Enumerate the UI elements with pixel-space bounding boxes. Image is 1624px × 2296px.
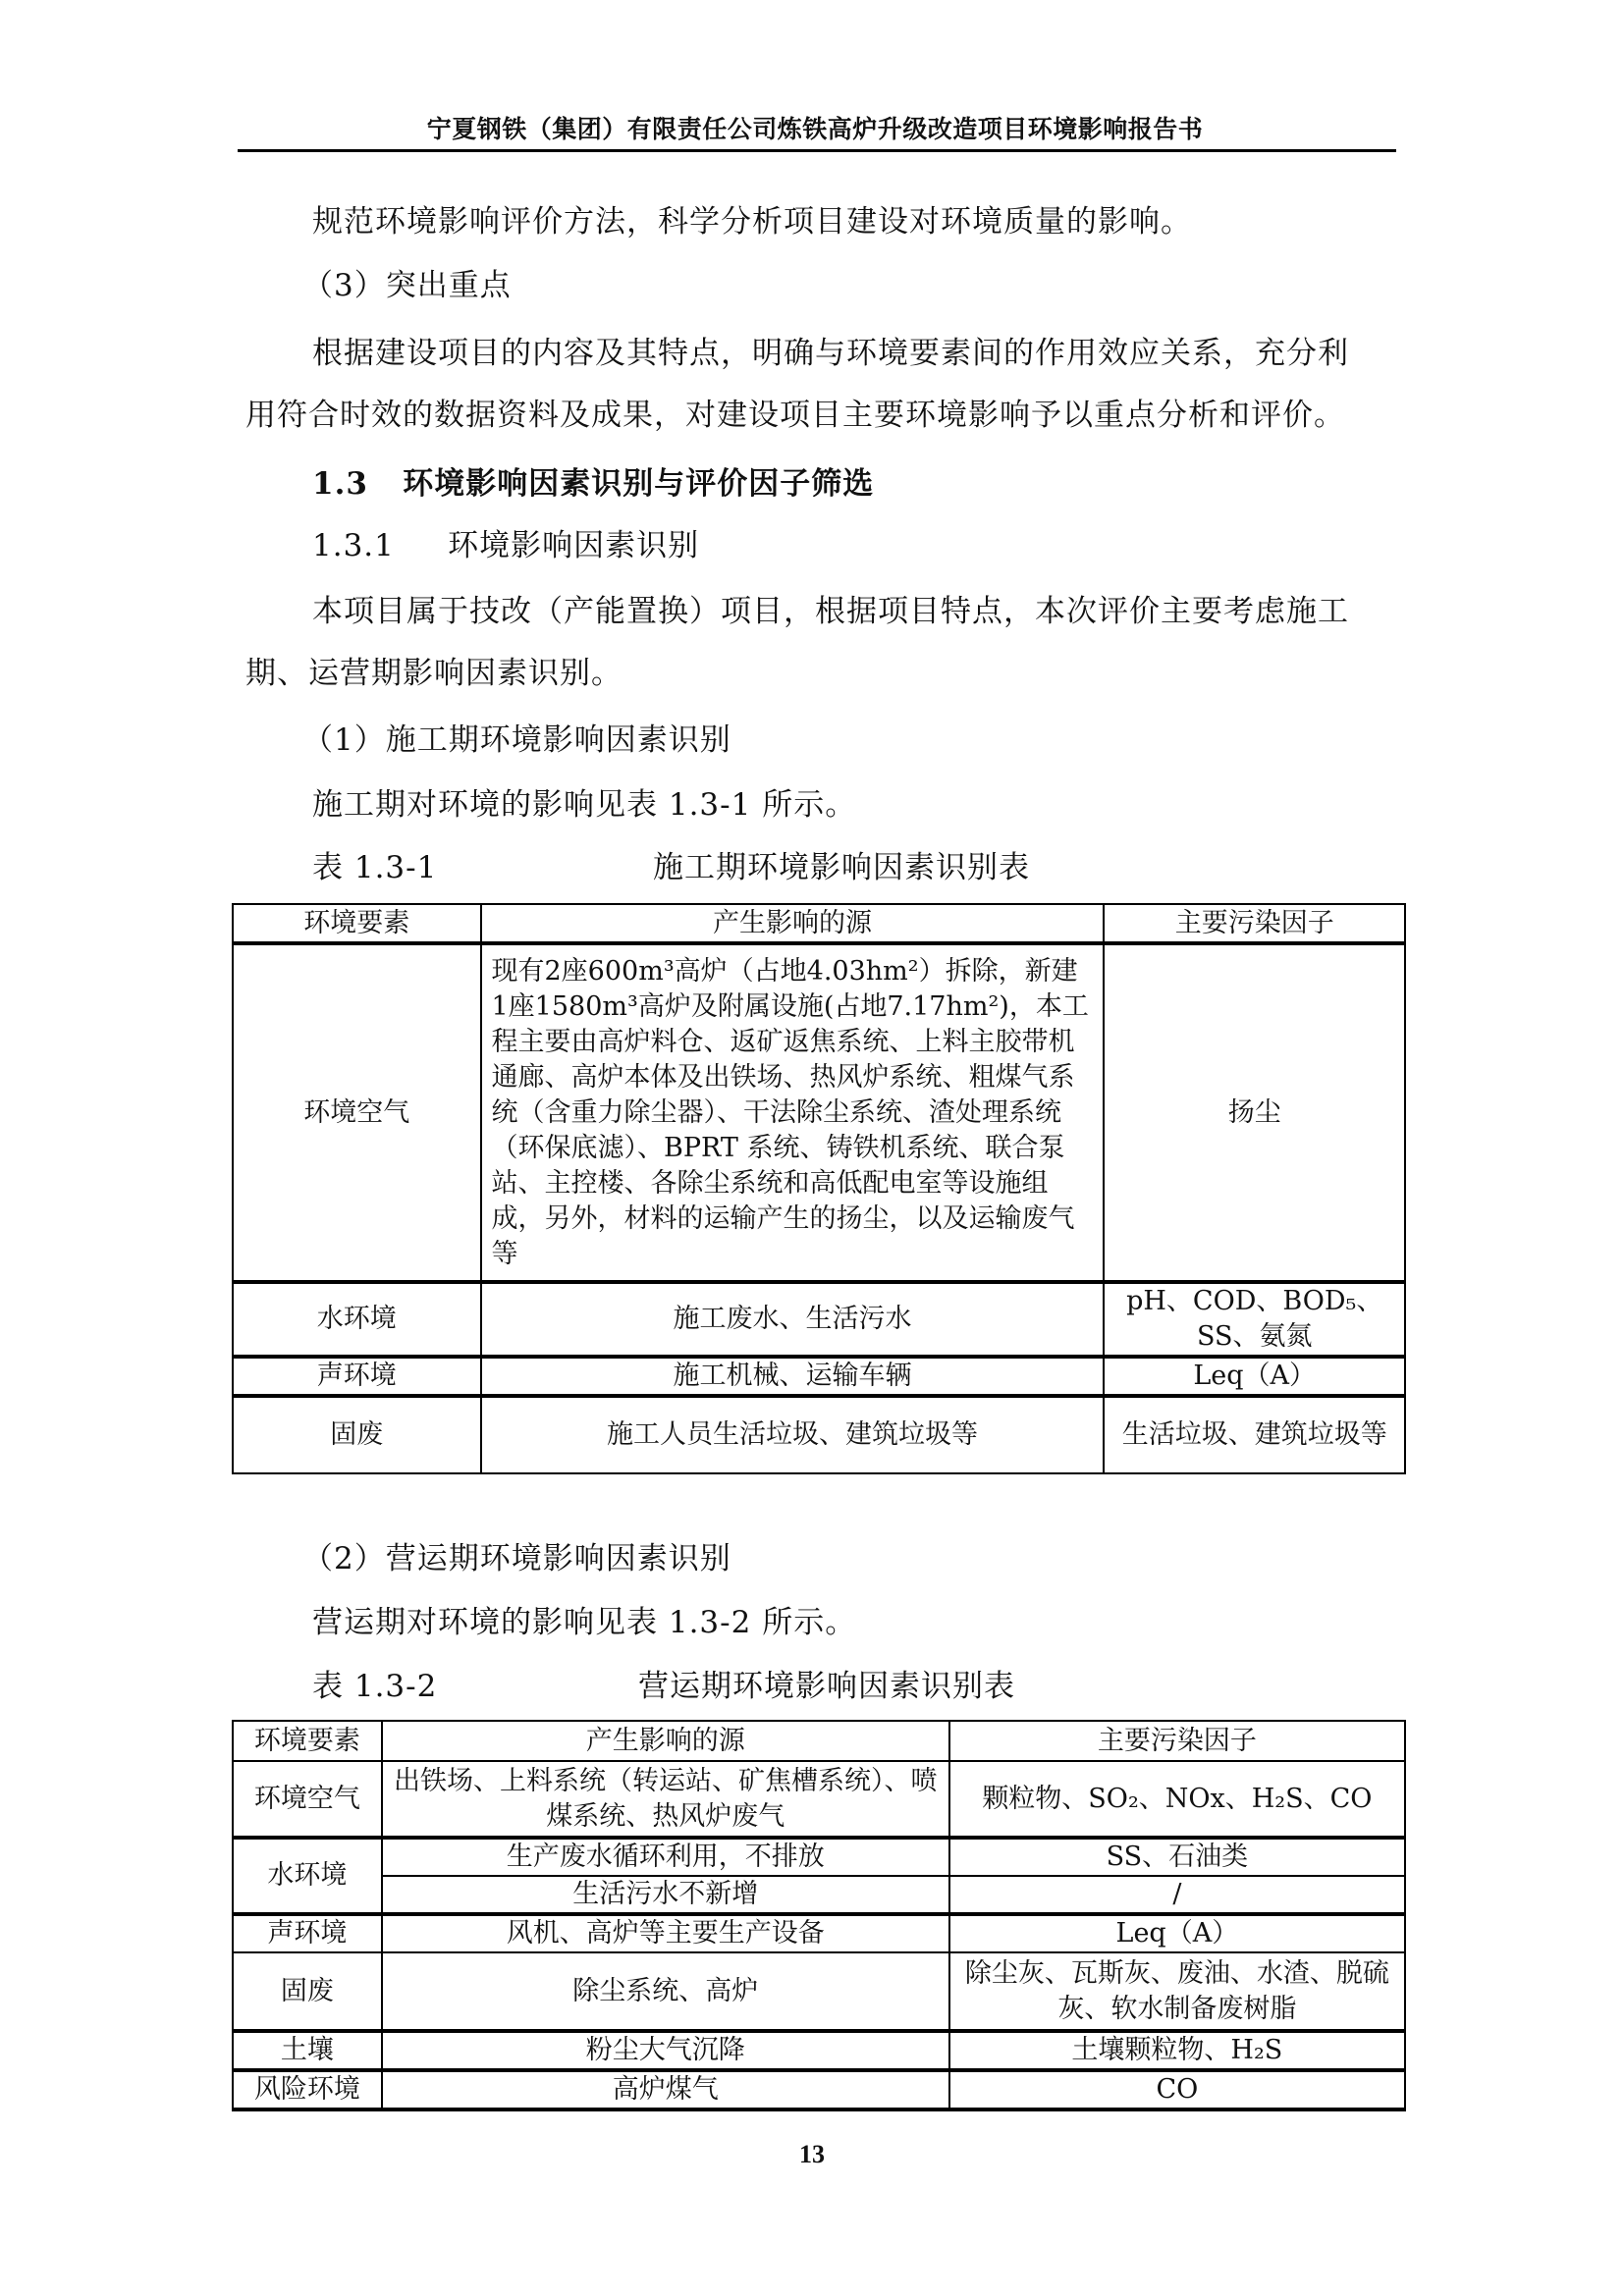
- table-row: 声环境 施工机械、运输车辆 Leq（A）: [233, 1357, 1405, 1396]
- table-cell: 声环境: [233, 1357, 481, 1396]
- paragraph: 用符合时效的数据资料及成果，对建设项目主要环境影响予以重点分析和评价。: [245, 390, 1345, 434]
- subheading: （3）突出重点: [302, 260, 512, 304]
- column-header: 主要污染因子: [1104, 904, 1405, 943]
- table-row: 固废 除尘系统、高炉 除尘灰、瓦斯灰、废油、水渣、脱硫灰、软水制备废树脂: [233, 1952, 1405, 2031]
- table-cell: 声环境: [233, 1914, 382, 1952]
- subheading: （1）施工期环境影响因素识别: [302, 715, 731, 759]
- table-cell: Leq（A）: [1104, 1357, 1405, 1396]
- table-cell: 扬尘: [1104, 943, 1405, 1282]
- table-cell: 土壤: [233, 2031, 382, 2070]
- table-row: 风险环境 高炉煤气 CO: [233, 2070, 1405, 2109]
- table-cell: 固废: [233, 1952, 382, 2031]
- table-cell: 固废: [233, 1396, 481, 1473]
- table-cell: 风机、高炉等主要生产设备: [382, 1914, 949, 1952]
- table-caption-number: 表 1.3-2: [312, 1661, 437, 1705]
- paragraph: 根据建设项目的内容及其特点，明确与环境要素间的作用效应关系，充分利: [312, 328, 1349, 372]
- table-caption-number: 表 1.3-1: [312, 842, 437, 886]
- table-row: 环境空气 出铁场、上料系统（转运站、矿焦槽系统）、喷煤系统、热风炉废气 颗粒物、…: [233, 1761, 1405, 1838]
- table-cell: 高炉煤气: [382, 2070, 949, 2109]
- table-cell: 水环境: [233, 1282, 481, 1357]
- table-cell: 除尘灰、瓦斯灰、废油、水渣、脱硫灰、软水制备废树脂: [949, 1952, 1405, 2031]
- page-number: 13: [0, 2140, 1624, 2169]
- table-row: 固废 施工人员生活垃圾、建筑垃圾等 生活垃圾、建筑垃圾等: [233, 1396, 1405, 1473]
- table-row: 土壤 粉尘大气沉降 土壤颗粒物、H₂S: [233, 2031, 1405, 2070]
- table-cell: 颗粒物、SO₂、NOx、H₂S、CO: [949, 1761, 1405, 1838]
- table-cell: 粉尘大气沉降: [382, 2031, 949, 2070]
- column-header: 环境要素: [233, 1721, 382, 1761]
- table-cell: 现有2座600m³高炉（占地4.03hm²）拆除，新建1座1580m³高炉及附属…: [481, 943, 1105, 1282]
- table-cell: 生产废水循环利用，不排放: [382, 1838, 949, 1876]
- table-caption-title: 营运期环境影响因素识别表: [638, 1661, 1015, 1705]
- table-cell: 风险环境: [233, 2070, 382, 2109]
- table-cell: 土壤颗粒物、H₂S: [949, 2031, 1405, 2070]
- table-row: 声环境 风机、高炉等主要生产设备 Leq（A）: [233, 1914, 1405, 1952]
- column-header: 主要污染因子: [949, 1721, 1405, 1761]
- running-header: 宁夏钢铁（集团）有限责任公司炼铁高炉升级改造项目环境影响报告书: [324, 110, 1306, 145]
- table-construction-impacts: 环境要素 产生影响的源 主要污染因子 环境空气 现有2座600m³高炉（占地4.…: [232, 903, 1406, 1474]
- table-cell: 环境空气: [233, 943, 481, 1282]
- table-cell: Leq（A）: [949, 1914, 1405, 1952]
- table-cell: 生活污水不新增: [382, 1876, 949, 1914]
- column-header: 产生影响的源: [481, 904, 1105, 943]
- paragraph: 期、运营期影响因素识别。: [245, 648, 623, 692]
- section-heading-1-3: 1.3 环境影响因素识别与评价因子筛选: [312, 458, 874, 503]
- paragraph: 规范环境影响评价方法，科学分析项目建设对环境质量的影响。: [312, 196, 1192, 240]
- table-operation-impacts: 环境要素 产生影响的源 主要污染因子 环境空气 出铁场、上料系统（转运站、矿焦槽…: [232, 1720, 1406, 2111]
- table-caption-title: 施工期环境影响因素识别表: [653, 842, 1030, 886]
- column-header: 产生影响的源: [382, 1721, 949, 1761]
- table-cell: CO: [949, 2070, 1405, 2109]
- table-cell: 生活垃圾、建筑垃圾等: [1104, 1396, 1405, 1473]
- table-row: 生活污水不新增 /: [233, 1876, 1405, 1914]
- section-heading-1-3-1: 1.3.1 环境影响因素识别: [312, 520, 699, 564]
- table-cell: /: [949, 1876, 1405, 1914]
- table-row: 水环境 施工废水、生活污水 pH、COD、BOD₅、SS、氨氮: [233, 1282, 1405, 1357]
- paragraph: 施工期对环境的影响见表 1.3-1 所示。: [312, 779, 856, 824]
- table-row: 水环境 生产废水循环利用，不排放 SS、石油类: [233, 1838, 1405, 1876]
- header-rule: [238, 149, 1396, 152]
- table-cell: 环境空气: [233, 1761, 382, 1838]
- paragraph: 营运期对环境的影响见表 1.3-2 所示。: [312, 1597, 856, 1641]
- table-cell: 除尘系统、高炉: [382, 1952, 949, 2031]
- table-cell: 水环境: [233, 1838, 382, 1914]
- table-cell: 施工机械、运输车辆: [481, 1357, 1105, 1396]
- table-cell: 出铁场、上料系统（转运站、矿焦槽系统）、喷煤系统、热风炉废气: [382, 1761, 949, 1838]
- paragraph: 本项目属于技改（产能置换）项目，根据项目特点，本次评价主要考虑施工: [312, 586, 1349, 630]
- table-cell: pH、COD、BOD₅、SS、氨氮: [1104, 1282, 1405, 1357]
- table-row: 环境空气 现有2座600m³高炉（占地4.03hm²）拆除，新建1座1580m³…: [233, 943, 1405, 1282]
- subheading: （2）营运期环境影响因素识别: [302, 1533, 731, 1577]
- column-header: 环境要素: [233, 904, 481, 943]
- table-cell: 施工废水、生活污水: [481, 1282, 1105, 1357]
- table-cell: SS、石油类: [949, 1838, 1405, 1876]
- table-cell: 施工人员生活垃圾、建筑垃圾等: [481, 1396, 1105, 1473]
